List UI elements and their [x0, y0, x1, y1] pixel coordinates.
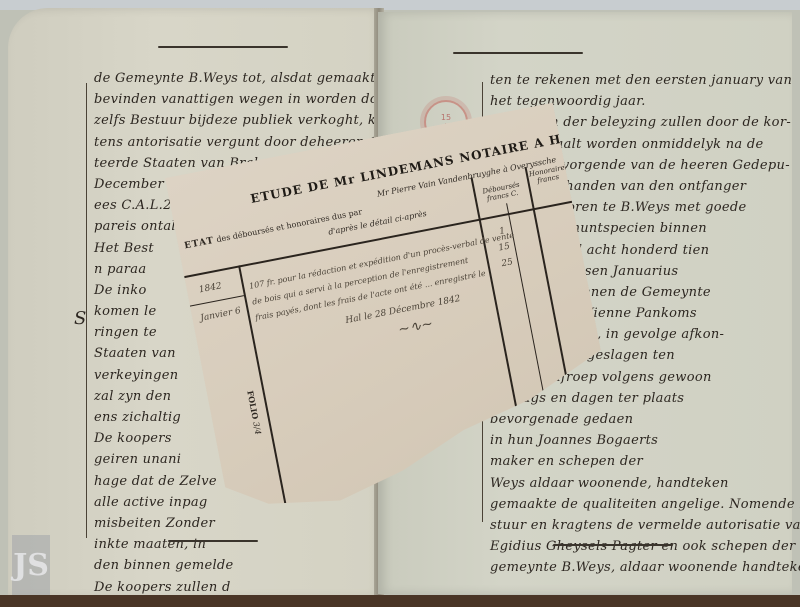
text-line: gemaakte de qualiteiten angelige. Nomend…	[490, 494, 800, 515]
mr-prefix: Mr	[376, 188, 390, 199]
bottom-rule	[553, 544, 673, 546]
text-line: ten te rekenen met den eersten january v…	[490, 70, 800, 91]
receipt-date-rule	[190, 295, 244, 306]
text-line: Egidius Gheysels Pagter en ook schepen d…	[490, 536, 800, 557]
bottom-rule	[168, 540, 258, 542]
debours-column-header: Déboursés francs C.	[476, 179, 528, 204]
top-rule	[158, 46, 288, 48]
text-line: stuur en kragtens de vermelde autorisati…	[490, 515, 800, 536]
signature-flourish: ~∿~	[397, 316, 435, 338]
amount: 25	[501, 257, 514, 269]
text-line: Weys aldaar woonende, handteken	[490, 473, 800, 494]
amount: 1	[499, 226, 507, 237]
text-line: gemeynte B.Weys, aldaar woonende handtek…	[490, 557, 800, 578]
desk-surface	[0, 595, 800, 607]
etat-label: ETAT	[183, 236, 215, 252]
date-year: 1842	[198, 281, 222, 295]
text-line: in hun Joannes Bogaerts	[490, 430, 800, 451]
date-month: Janvier 6	[200, 306, 242, 324]
folio-label: FOLIO 3/4	[245, 390, 263, 436]
amount: 15	[498, 242, 511, 254]
margin-note: S	[74, 308, 87, 329]
stamp-value: 15	[441, 113, 451, 122]
watermark-letters: JS	[13, 552, 49, 580]
document-photo: de Gemeynte B.Weys tot, alsdat gemaakt h…	[0, 0, 800, 607]
text-line: bevorgenade gedaen	[490, 409, 800, 430]
top-rule	[453, 52, 583, 54]
js-watermark-logo: JS	[12, 535, 50, 597]
text-line: maker en schepen der	[490, 451, 800, 472]
